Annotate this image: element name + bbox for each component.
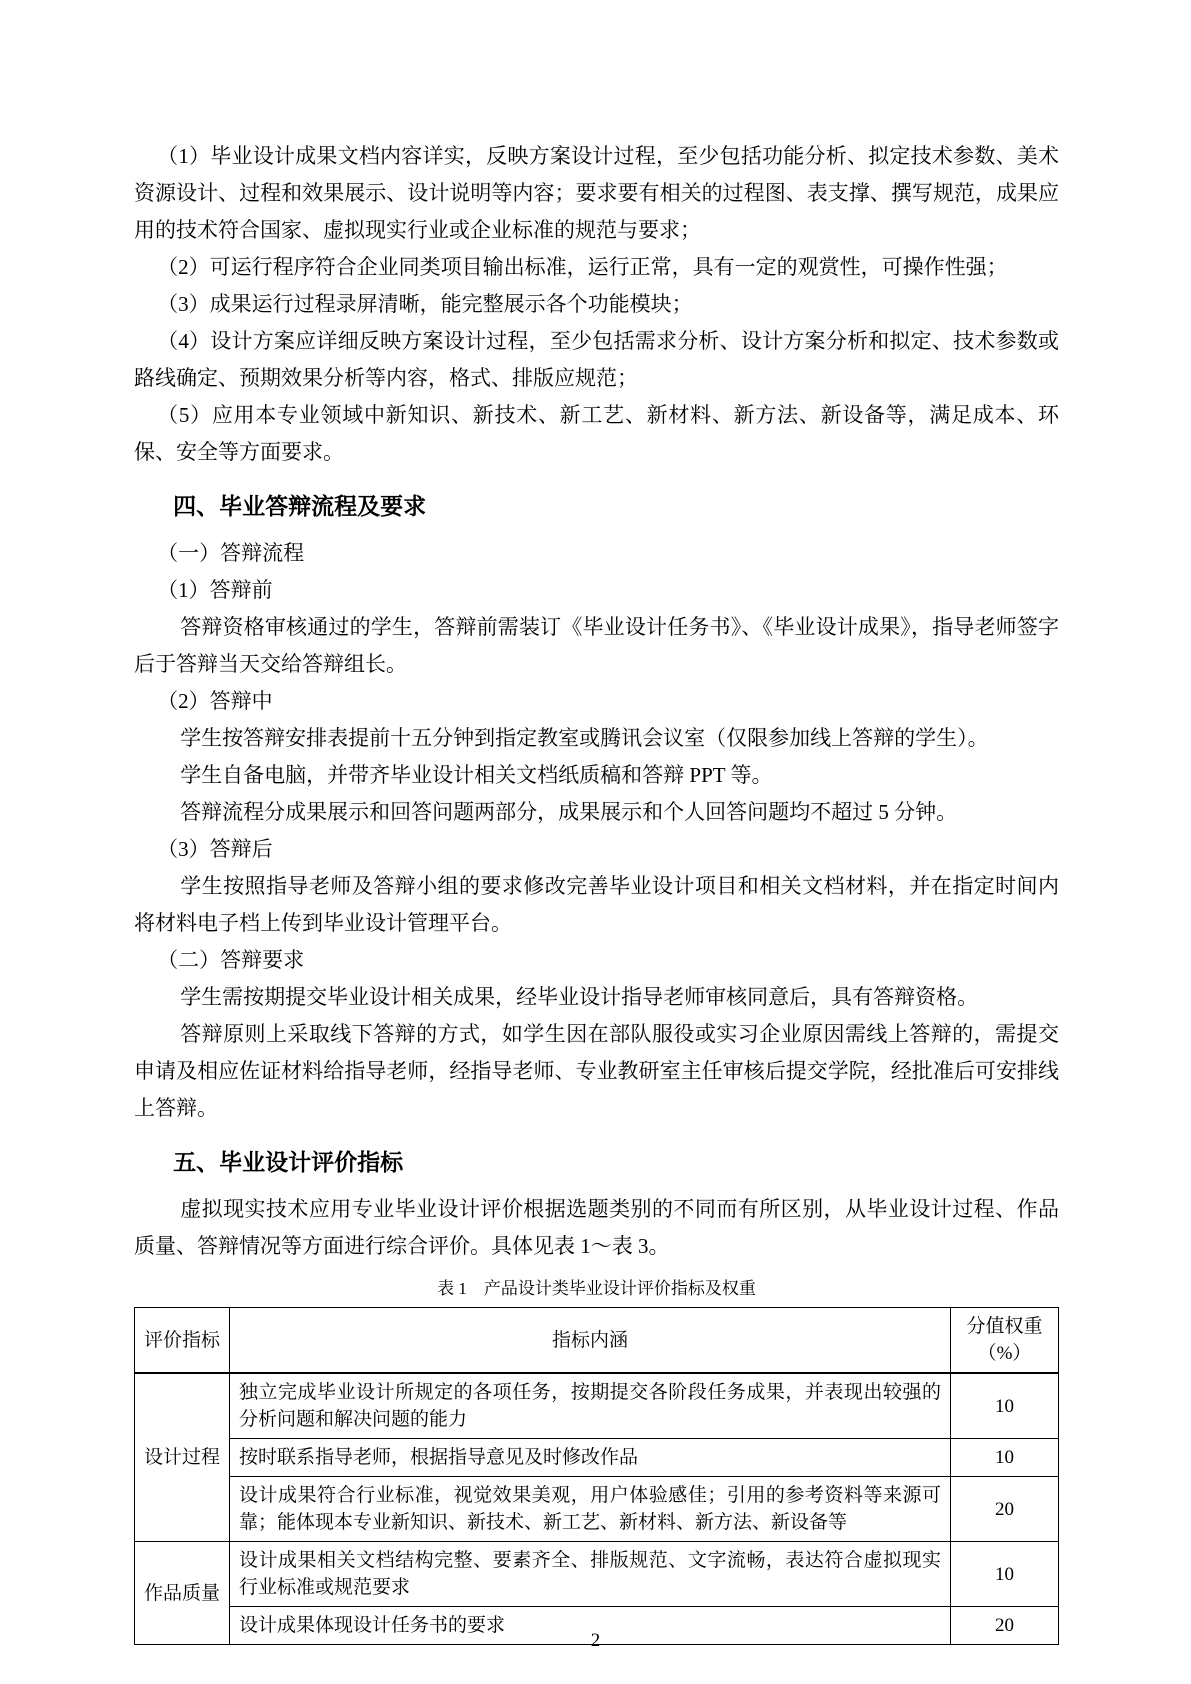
- paragraph: 答辩原则上采取线下答辩的方式，如学生因在部队服役或实习企业原因需线上答辩的，需提…: [134, 1016, 1059, 1127]
- document-page: （1）毕业设计成果文档内容详实，反映方案设计过程，至少包括功能分析、拟定技术参数…: [0, 0, 1191, 1684]
- paragraph: 学生需按期提交毕业设计相关成果，经毕业设计指导老师审核同意后，具有答辩资格。: [134, 979, 1059, 1016]
- paragraph: 学生按照指导老师及答辩小组的要求修改完善毕业设计项目和相关文档材料，并在指定时间…: [134, 868, 1059, 942]
- criteria-cell: 设计成果符合行业标准，视觉效果美观，用户体验感佳；引用的参考资料等来源可靠；能体…: [230, 1477, 951, 1542]
- weight-cell: 20: [951, 1477, 1059, 1542]
- sub-item-after-defense: （3）答辩后: [134, 831, 1059, 868]
- numbered-item-3: （3）成果运行过程录屏清晰，能完整展示各个功能模块；: [134, 286, 1059, 323]
- evaluation-criteria-table: 评价指标 指标内涵 分值权重 （%） 设计过程 独立完成毕业设计所规定的各项任务…: [134, 1307, 1059, 1645]
- numbered-item-5: （5）应用本专业领域中新知识、新技术、新工艺、新材料、新方法、新设备等，满足成本…: [134, 397, 1059, 471]
- table-row: 设计过程 独立完成毕业设计所规定的各项任务，按期提交各阶段任务成果，并表现出较强…: [135, 1373, 1059, 1439]
- numbered-item-4: （4）设计方案应详细反映方案设计过程，至少包括需求分析、设计方案分析和拟定、技术…: [134, 323, 1059, 397]
- table-row: 作品质量 设计成果相关文档结构完整、要素齐全、排版规范、文字流畅，表达符合虚拟现…: [135, 1542, 1059, 1607]
- col-header-weight: 分值权重 （%）: [951, 1308, 1059, 1374]
- section-4-heading: 四、毕业答辩流程及要求: [134, 490, 1059, 522]
- criteria-cell: 按时联系指导老师，根据指导意见及时修改作品: [230, 1439, 951, 1477]
- paragraph: 学生按答辩安排表提前十五分钟到指定教室或腾讯会议室（仅限参加线上答辩的学生）。: [134, 720, 1059, 757]
- page-number: 2: [0, 1630, 1191, 1652]
- table-header-row: 评价指标 指标内涵 分值权重 （%）: [135, 1308, 1059, 1374]
- category-cell-design-process: 设计过程: [135, 1373, 230, 1542]
- criteria-cell: 设计成果相关文档结构完整、要素齐全、排版规范、文字流畅，表达符合虚拟现实行业标准…: [230, 1542, 951, 1607]
- table-row: 按时联系指导老师，根据指导意见及时修改作品 10: [135, 1439, 1059, 1477]
- numbered-item-1: （1）毕业设计成果文档内容详实，反映方案设计过程，至少包括功能分析、拟定技术参数…: [134, 138, 1059, 249]
- content-area: （1）毕业设计成果文档内容详实，反映方案设计过程，至少包括功能分析、拟定技术参数…: [134, 138, 1059, 1645]
- sub-item-defense-process: （一）答辩流程: [134, 535, 1059, 572]
- paragraph: 学生自备电脑，并带齐毕业设计相关文档纸质稿和答辩 PPT 等。: [134, 757, 1059, 794]
- criteria-cell: 独立完成毕业设计所规定的各项任务，按期提交各阶段任务成果，并表现出较强的分析问题…: [230, 1373, 951, 1439]
- col-header-content: 指标内涵: [230, 1308, 951, 1374]
- paragraph: 虚拟现实技术应用专业毕业设计评价根据选题类别的不同而有所区别，从毕业设计过程、作…: [134, 1191, 1059, 1265]
- col-header-criteria: 评价指标: [135, 1308, 230, 1374]
- sub-item-during-defense: （2）答辩中: [134, 683, 1059, 720]
- weight-cell: 10: [951, 1542, 1059, 1607]
- paragraph: 答辩流程分成果展示和回答问题两部分，成果展示和个人回答问题均不超过 5 分钟。: [134, 794, 1059, 831]
- section-5-heading: 五、毕业设计评价指标: [134, 1146, 1059, 1178]
- sub-item-defense-requirements: （二）答辩要求: [134, 942, 1059, 979]
- sub-item-before-defense: （1）答辩前: [134, 572, 1059, 609]
- paragraph: 答辩资格审核通过的学生，答辩前需装订《毕业设计任务书》、《毕业设计成果》，指导老…: [134, 609, 1059, 683]
- weight-cell: 10: [951, 1439, 1059, 1477]
- table-caption: 表 1 产品设计类毕业设计评价指标及权重: [134, 1277, 1059, 1301]
- numbered-item-2: （2）可运行程序符合企业同类项目输出标准，运行正常，具有一定的观赏性，可操作性强…: [134, 249, 1059, 286]
- weight-cell: 10: [951, 1373, 1059, 1439]
- table-row: 设计成果符合行业标准，视觉效果美观，用户体验感佳；引用的参考资料等来源可靠；能体…: [135, 1477, 1059, 1542]
